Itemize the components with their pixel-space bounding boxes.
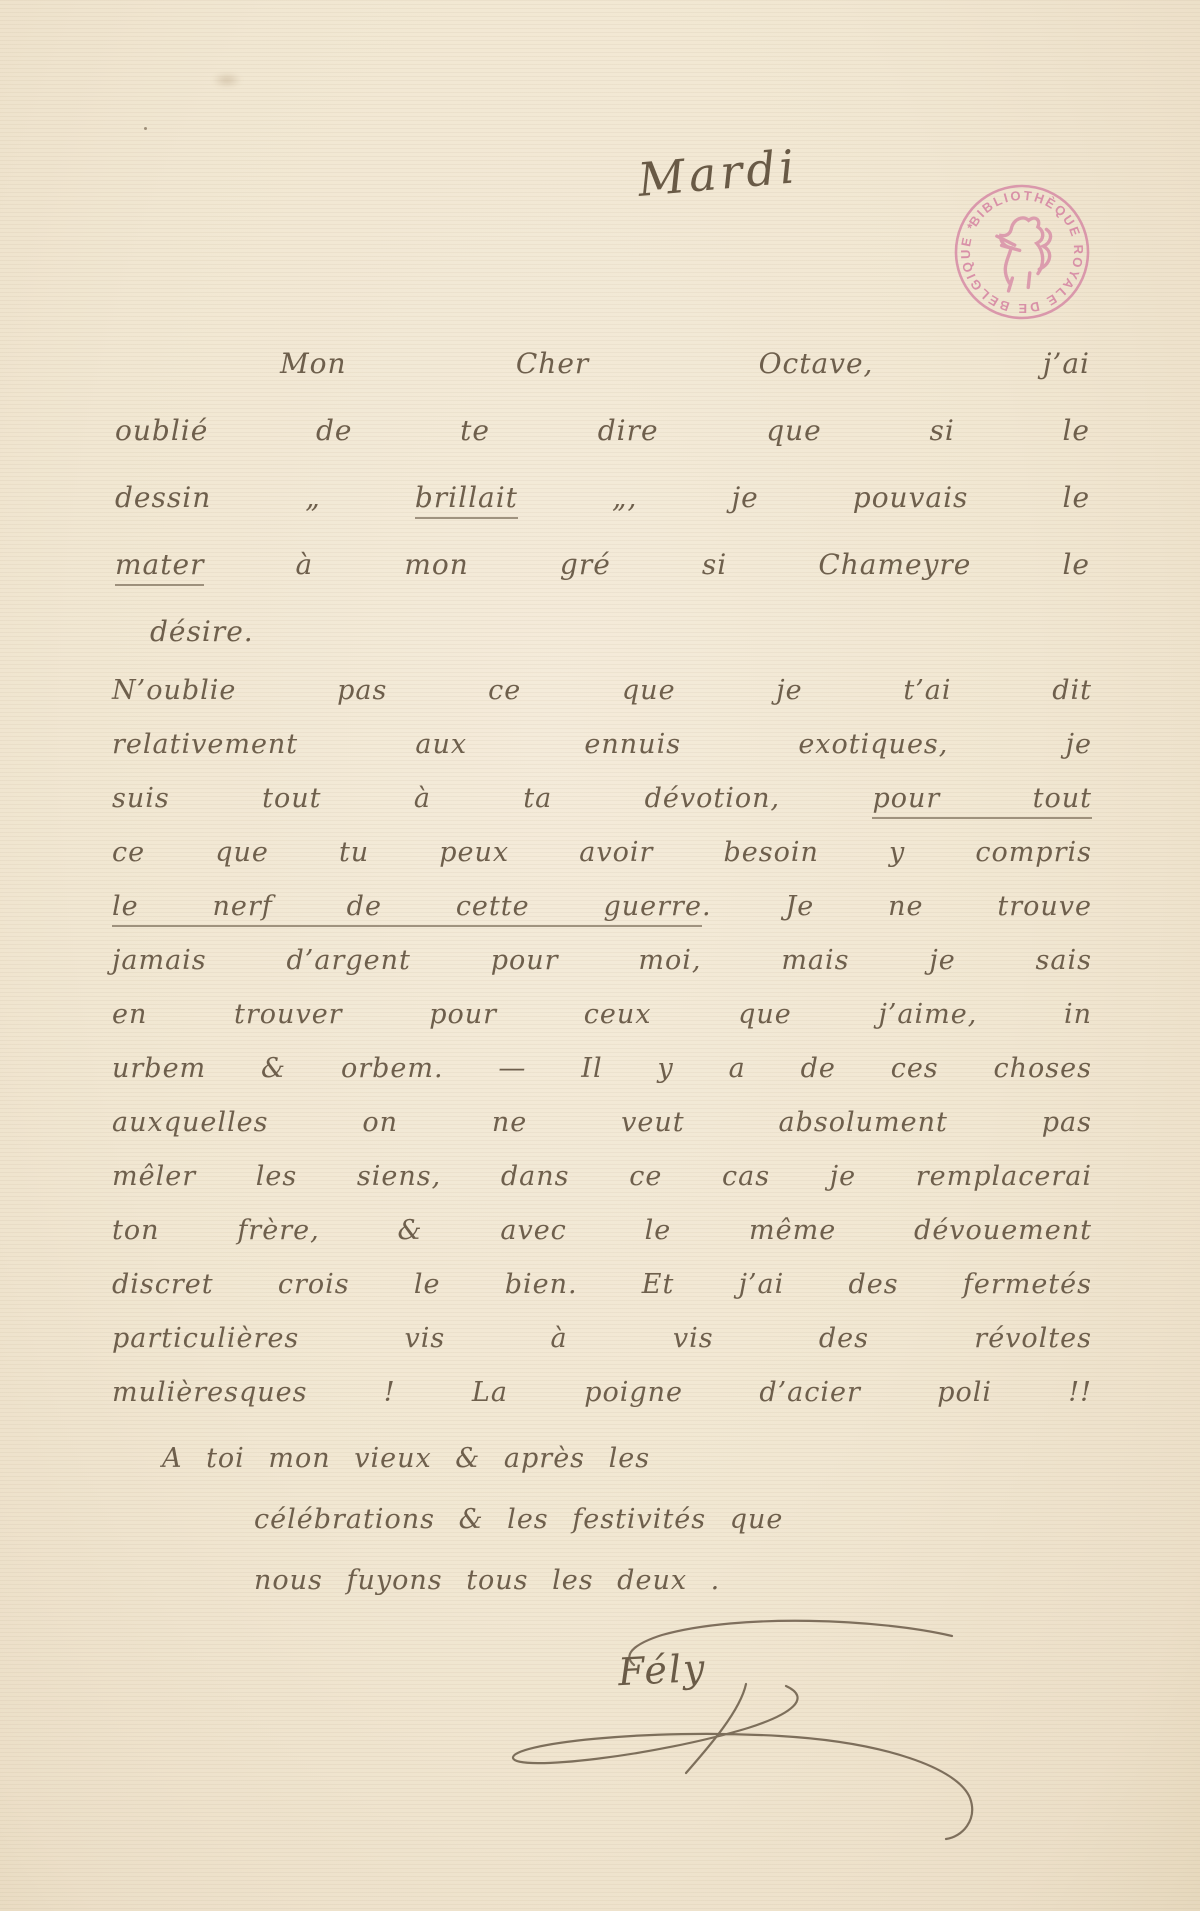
text-segment: N’oublie pas ce que je t’ai dit bbox=[112, 675, 1092, 706]
text-segment: ton frère, & avec le même dévouement bbox=[112, 1215, 1092, 1246]
paper-smudge bbox=[212, 72, 242, 88]
text-segment: célébrations & les festivités que bbox=[254, 1504, 783, 1535]
text-segment: . Je ne trouve bbox=[702, 891, 1092, 922]
text-segment: relativement aux ennuis exotiques, je bbox=[112, 729, 1092, 760]
letter-line: auxquelles on ne veut absolument pas bbox=[112, 1096, 1092, 1150]
text-segment: particulières vis à vis des révoltes bbox=[112, 1323, 1092, 1354]
text-segment: auxquelles on ne veut absolument pas bbox=[112, 1107, 1092, 1138]
stamp-text: BIBLIOTHÈQUE ROYALE DE BELGIQUE * bbox=[935, 165, 1109, 339]
text-segment: urbem & orbem. — Il y a de ces choses bbox=[112, 1053, 1092, 1084]
underlined-word: brillait bbox=[415, 481, 518, 519]
letter-page: Mardi BIBLIOTHÈQUE ROYALE DE BELGIQUE * bbox=[0, 0, 1200, 1911]
dateline: Mardi bbox=[596, 136, 840, 211]
underlined-word: le nerf de cette guerre bbox=[112, 891, 702, 927]
letter-line: particulières vis à vis des révoltes bbox=[112, 1312, 1092, 1366]
stamp-text-arc: BIBLIOTHÈQUE ROYALE DE BELGIQUE * bbox=[935, 165, 1109, 339]
flourish-loop bbox=[513, 1686, 972, 1839]
text-segment: mêler les siens, dans ce cas je remplace… bbox=[112, 1161, 1092, 1192]
letter-line: en trouver pour ceux que j’aime, in bbox=[112, 988, 1092, 1042]
letter-line: discret crois le bien. Et j’ai des ferme… bbox=[112, 1258, 1092, 1312]
paragraph-2: N’oublie pas ce que je t’ai ditrelativem… bbox=[112, 664, 1092, 1420]
letter-line: mulièresques ! La poigne d’acier poli !! bbox=[112, 1366, 1092, 1420]
letter-line: le nerf de cette guerre. Je ne trouve bbox=[112, 880, 1092, 934]
text-segment: A toi mon vieux & après les bbox=[162, 1443, 650, 1474]
underlined-word: mater bbox=[115, 548, 204, 586]
text-segment: suis tout à ta dévotion, bbox=[112, 783, 872, 814]
letter-line: célébrations & les festivités que bbox=[162, 1489, 992, 1550]
text-segment: nous fuyons tous les deux . bbox=[254, 1565, 720, 1596]
letter-line: désire. bbox=[115, 598, 1090, 665]
letter-line: A toi mon vieux & après les bbox=[162, 1428, 992, 1489]
signature: Fély bbox=[617, 1646, 708, 1695]
text-segment: ce que tu peux avoir besoin y compris bbox=[112, 837, 1092, 868]
letter-line: mêler les siens, dans ce cas je remplace… bbox=[112, 1150, 1092, 1204]
letter-line: dessin „ brillait „, je pouvais le bbox=[115, 464, 1090, 531]
text-segment: mulièresques ! La poigne d’acier poli !! bbox=[112, 1377, 1092, 1408]
text-segment: dessin „ bbox=[115, 481, 415, 514]
letter-line: Mon Cher Octave, j’ai bbox=[115, 330, 1090, 397]
paragraph-3: A toi mon vieux & après lescélébrations … bbox=[162, 1428, 992, 1611]
svg-text:BIBLIOTHÈQUE ROYALE DE BELGIQU: BIBLIOTHÈQUE ROYALE DE BELGIQUE * bbox=[935, 165, 1109, 339]
letter-line: ce que tu peux avoir besoin y compris bbox=[112, 826, 1092, 880]
text-segment: en trouver pour ceux que j’aime, in bbox=[112, 999, 1092, 1030]
library-stamp-svg: BIBLIOTHÈQUE ROYALE DE BELGIQUE * bbox=[922, 152, 1121, 351]
text-segment: désire. bbox=[150, 615, 254, 648]
letter-line: N’oublie pas ce que je t’ai dit bbox=[112, 664, 1092, 718]
text-segment: discret crois le bien. Et j’ai des ferme… bbox=[112, 1269, 1092, 1300]
paper-speck bbox=[144, 127, 147, 130]
letter-line: nous fuyons tous les deux . bbox=[162, 1550, 992, 1611]
letter-line: oublié de te dire que si le bbox=[115, 397, 1090, 464]
lion-rampant-icon bbox=[995, 214, 1059, 292]
text-segment: à mon gré si Chameyre le bbox=[204, 548, 1090, 581]
letter-line: mater à mon gré si Chameyre le bbox=[115, 531, 1090, 598]
text-segment: jamais d’argent pour moi, mais je sais bbox=[112, 945, 1092, 976]
text-segment: Mon Cher Octave, j’ai bbox=[280, 347, 1090, 380]
text-segment: „, je pouvais le bbox=[518, 481, 1090, 514]
paragraph-1: Mon Cher Octave, j’aioublié de te dire q… bbox=[115, 330, 1090, 665]
letter-line: jamais d’argent pour moi, mais je sais bbox=[112, 934, 1092, 988]
letter-line: relativement aux ennuis exotiques, je bbox=[112, 718, 1092, 772]
flourish-y-tail bbox=[686, 1684, 746, 1773]
underlined-word: pour tout bbox=[872, 783, 1092, 819]
letter-line: urbem & orbem. — Il y a de ces choses bbox=[112, 1042, 1092, 1096]
letter-line: suis tout à ta dévotion, pour tout bbox=[112, 772, 1092, 826]
letter-line: ton frère, & avec le même dévouement bbox=[112, 1204, 1092, 1258]
text-segment: oublié de te dire que si le bbox=[115, 414, 1090, 447]
library-stamp: BIBLIOTHÈQUE ROYALE DE BELGIQUE * bbox=[922, 152, 1121, 351]
